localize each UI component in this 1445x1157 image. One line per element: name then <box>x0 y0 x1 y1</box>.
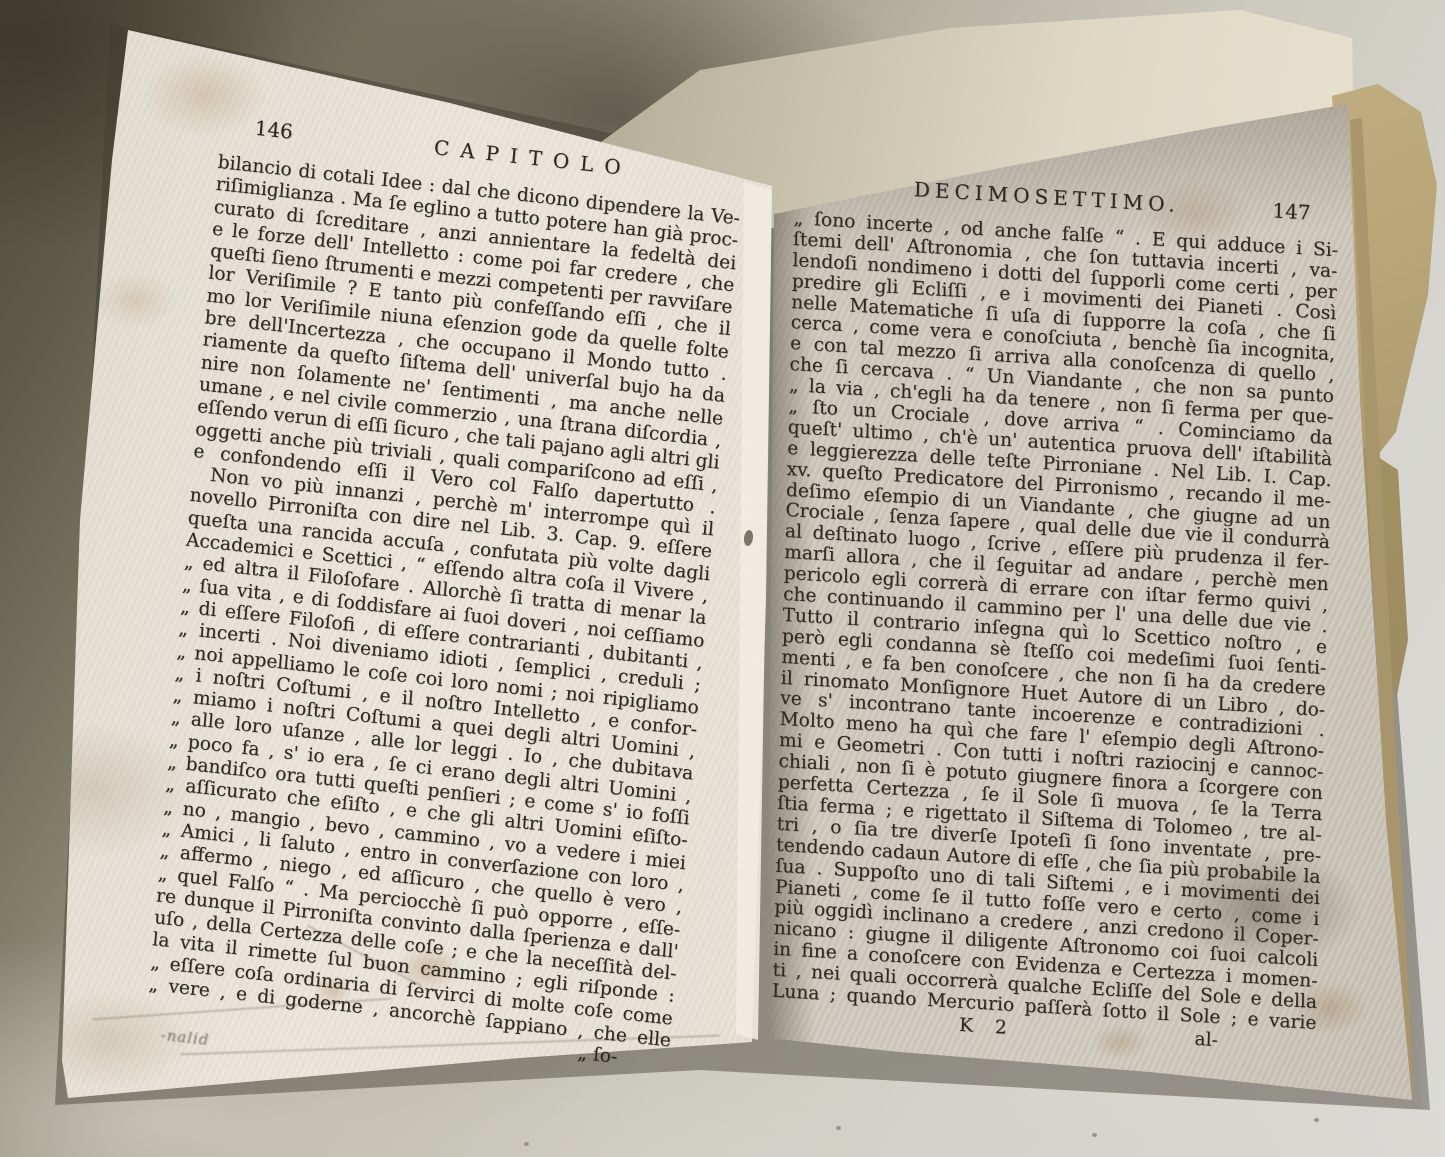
dust-speck <box>524 1142 529 1146</box>
right-page-number: 147 <box>1244 197 1340 227</box>
left-page-lines: bilancio di cotali Idee : dal che dicono… <box>148 152 741 1053</box>
book-photo: 146 CAPITOLO bilancio di cotali Idee : d… <box>0 0 1445 1157</box>
dust-speck <box>836 1126 841 1130</box>
right-page-lines: „ ſono incerte , od anche falſe “ . E qu… <box>772 208 1338 1034</box>
dust-speck <box>1092 1133 1097 1137</box>
catchword: al- <box>1194 1029 1218 1054</box>
signature-mark: K 2 <box>959 1015 1015 1042</box>
catchword: „ ſo- <box>577 1043 618 1068</box>
dust-speck <box>1314 1118 1319 1122</box>
right-page-text: DECIMOSETTIMO. 147 „ ſono incerte , od a… <box>771 170 1339 1060</box>
left-page-number: 146 <box>254 116 294 144</box>
left-page-text: 146 CAPITOLO bilancio di cotali Idee : d… <box>144 112 744 1099</box>
